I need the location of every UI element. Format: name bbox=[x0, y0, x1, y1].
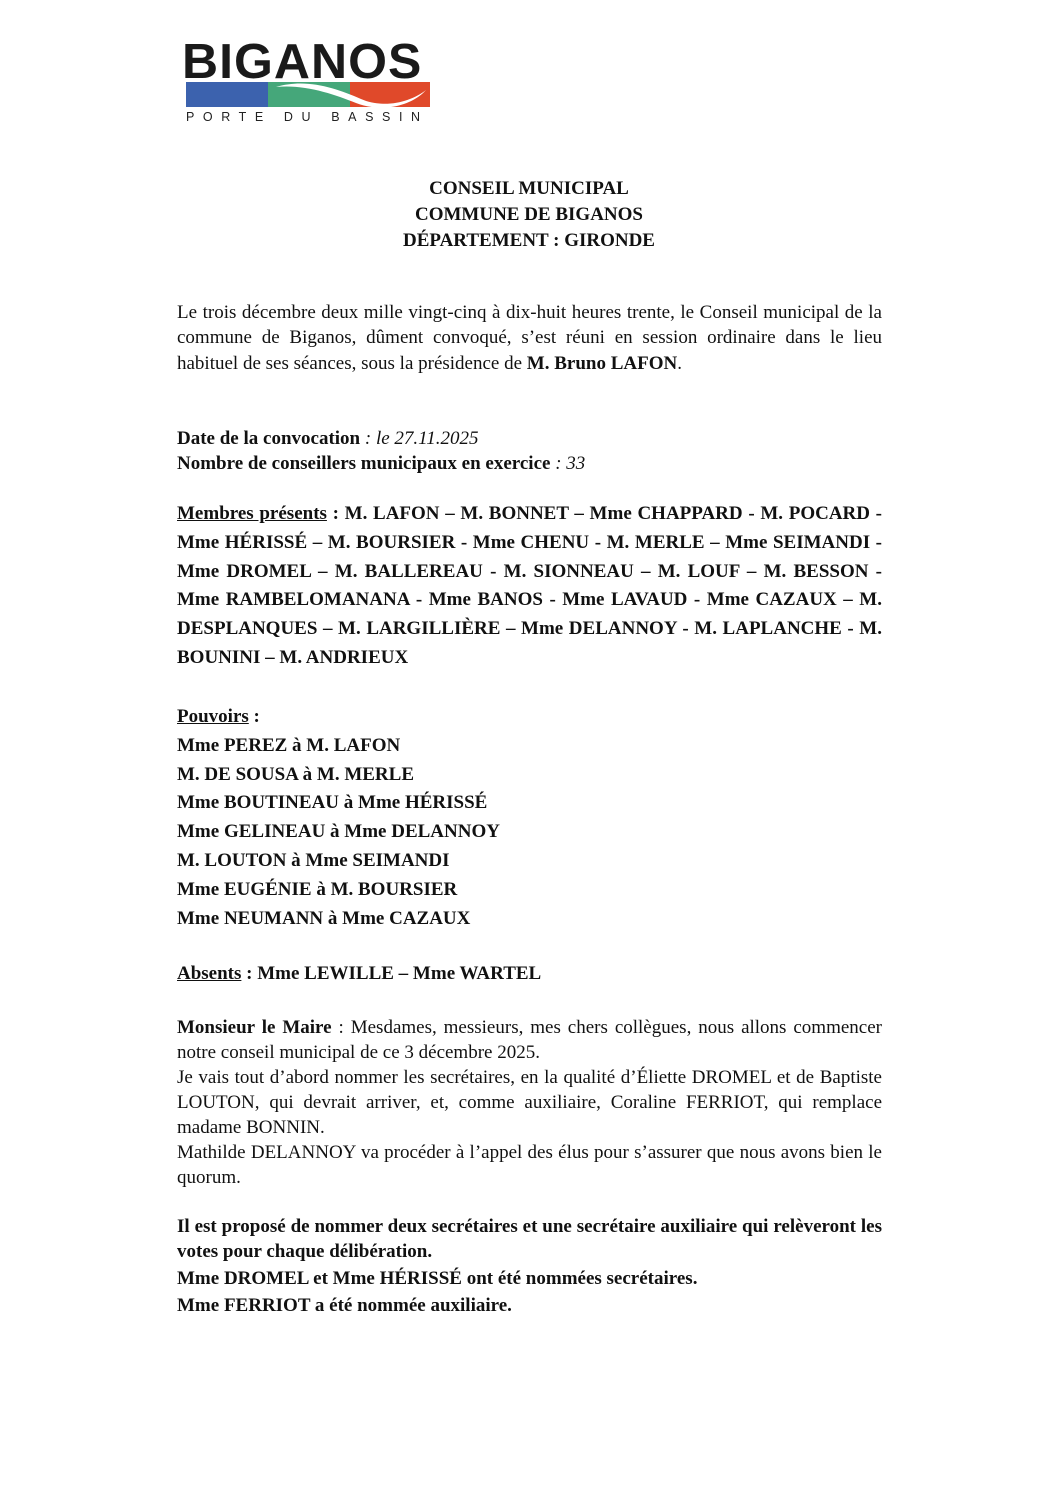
pouvoirs-separator: : bbox=[249, 706, 260, 727]
pouvoirs-heading: Pouvoirs : bbox=[177, 703, 882, 732]
logo-tagline: PORTE DU BASSIN bbox=[186, 110, 432, 124]
logo-color-band bbox=[186, 82, 430, 107]
speaker-separator: : bbox=[332, 1017, 351, 1038]
absents-section: Absents : Mme LEWILLE – Mme WARTEL bbox=[177, 960, 882, 988]
absents-list: Mme LEWILLE – Mme WARTEL bbox=[257, 963, 541, 984]
pouvoirs-section: Pouvoirs : Mme PEREZ à M. LAFON M. DE SO… bbox=[177, 703, 882, 933]
proxy-item: M. LOUTON à Mme SEIMANDI bbox=[177, 847, 882, 876]
meeting-meta: Date de la convocation : le 27.11.2025 N… bbox=[177, 426, 882, 476]
intro-end: . bbox=[677, 353, 682, 374]
conseillers-label: Nombre de conseillers municipaux en exer… bbox=[177, 453, 550, 474]
header-title: CONSEIL MUNICIPAL bbox=[0, 176, 1058, 202]
conseillers-value: : 33 bbox=[550, 453, 585, 474]
proxy-item: Mme GELINEAU à Mme DELANNOY bbox=[177, 818, 882, 847]
conseillers-line: Nombre de conseillers municipaux en exer… bbox=[177, 451, 882, 476]
absents-label: Absents bbox=[177, 963, 241, 984]
document-header: CONSEIL MUNICIPAL COMMUNE DE BIGANOS DÉP… bbox=[0, 176, 1058, 254]
proxy-item: Mme PEREZ à M. LAFON bbox=[177, 732, 882, 761]
members-list: M. LAFON – M. BONNET – Mme CHAPPARD - M.… bbox=[177, 503, 882, 668]
convocation-label: Date de la convocation bbox=[177, 428, 360, 449]
secretaries-proposal: Il est proposé de nommer deux secrétaire… bbox=[177, 1214, 882, 1318]
proxy-item: Mme BOUTINEAU à Mme HÉRISSÉ bbox=[177, 789, 882, 818]
proposal-text: Il est proposé de nommer deux secrétaire… bbox=[177, 1214, 882, 1264]
proxy-item: Mme NEUMANN à Mme CAZAUX bbox=[177, 905, 882, 934]
intro-paragraph: Le trois décembre deux mille vingt-cinq … bbox=[177, 300, 882, 376]
secretaries-named: Mme DROMEL et Mme HÉRISSÉ ont été nommée… bbox=[177, 1266, 882, 1291]
pouvoirs-label: Pouvoirs bbox=[177, 706, 249, 727]
proxy-item: Mme EUGÉNIE à M. BOURSIER bbox=[177, 876, 882, 905]
members-label: Membres présents bbox=[177, 503, 327, 524]
absents-separator: : bbox=[241, 963, 257, 984]
header-commune: COMMUNE DE BIGANOS bbox=[0, 202, 1058, 228]
convocation-value: : le 27.11.2025 bbox=[360, 428, 478, 449]
speaker-label: Monsieur le Maire bbox=[177, 1017, 332, 1038]
maire-line-1: Monsieur le Maire : Mesdames, messieurs,… bbox=[177, 1015, 882, 1065]
biganos-logo: BIGANOS PORTE DU BASSIN bbox=[182, 42, 430, 124]
header-department: DÉPARTEMENT : GIRONDE bbox=[0, 228, 1058, 254]
logo-wordmark: BIGANOS bbox=[182, 42, 435, 82]
members-separator: : bbox=[327, 503, 345, 524]
maire-line-3: Mathilde DELANNOY va procéder à l’appel … bbox=[177, 1140, 882, 1190]
proxy-item: M. DE SOUSA à M. MERLE bbox=[177, 761, 882, 790]
maire-line-2: Je vais tout d’abord nommer les secrétai… bbox=[177, 1065, 882, 1140]
maire-statement: Monsieur le Maire : Mesdames, messieurs,… bbox=[177, 1015, 882, 1190]
auxiliary-named: Mme FERRIOT a été nommée auxiliaire. bbox=[177, 1293, 882, 1318]
convocation-line: Date de la convocation : le 27.11.2025 bbox=[177, 426, 882, 451]
president-name: M. Bruno LAFON bbox=[527, 353, 677, 374]
members-present: Membres présents : M. LAFON – M. BONNET … bbox=[177, 500, 882, 673]
